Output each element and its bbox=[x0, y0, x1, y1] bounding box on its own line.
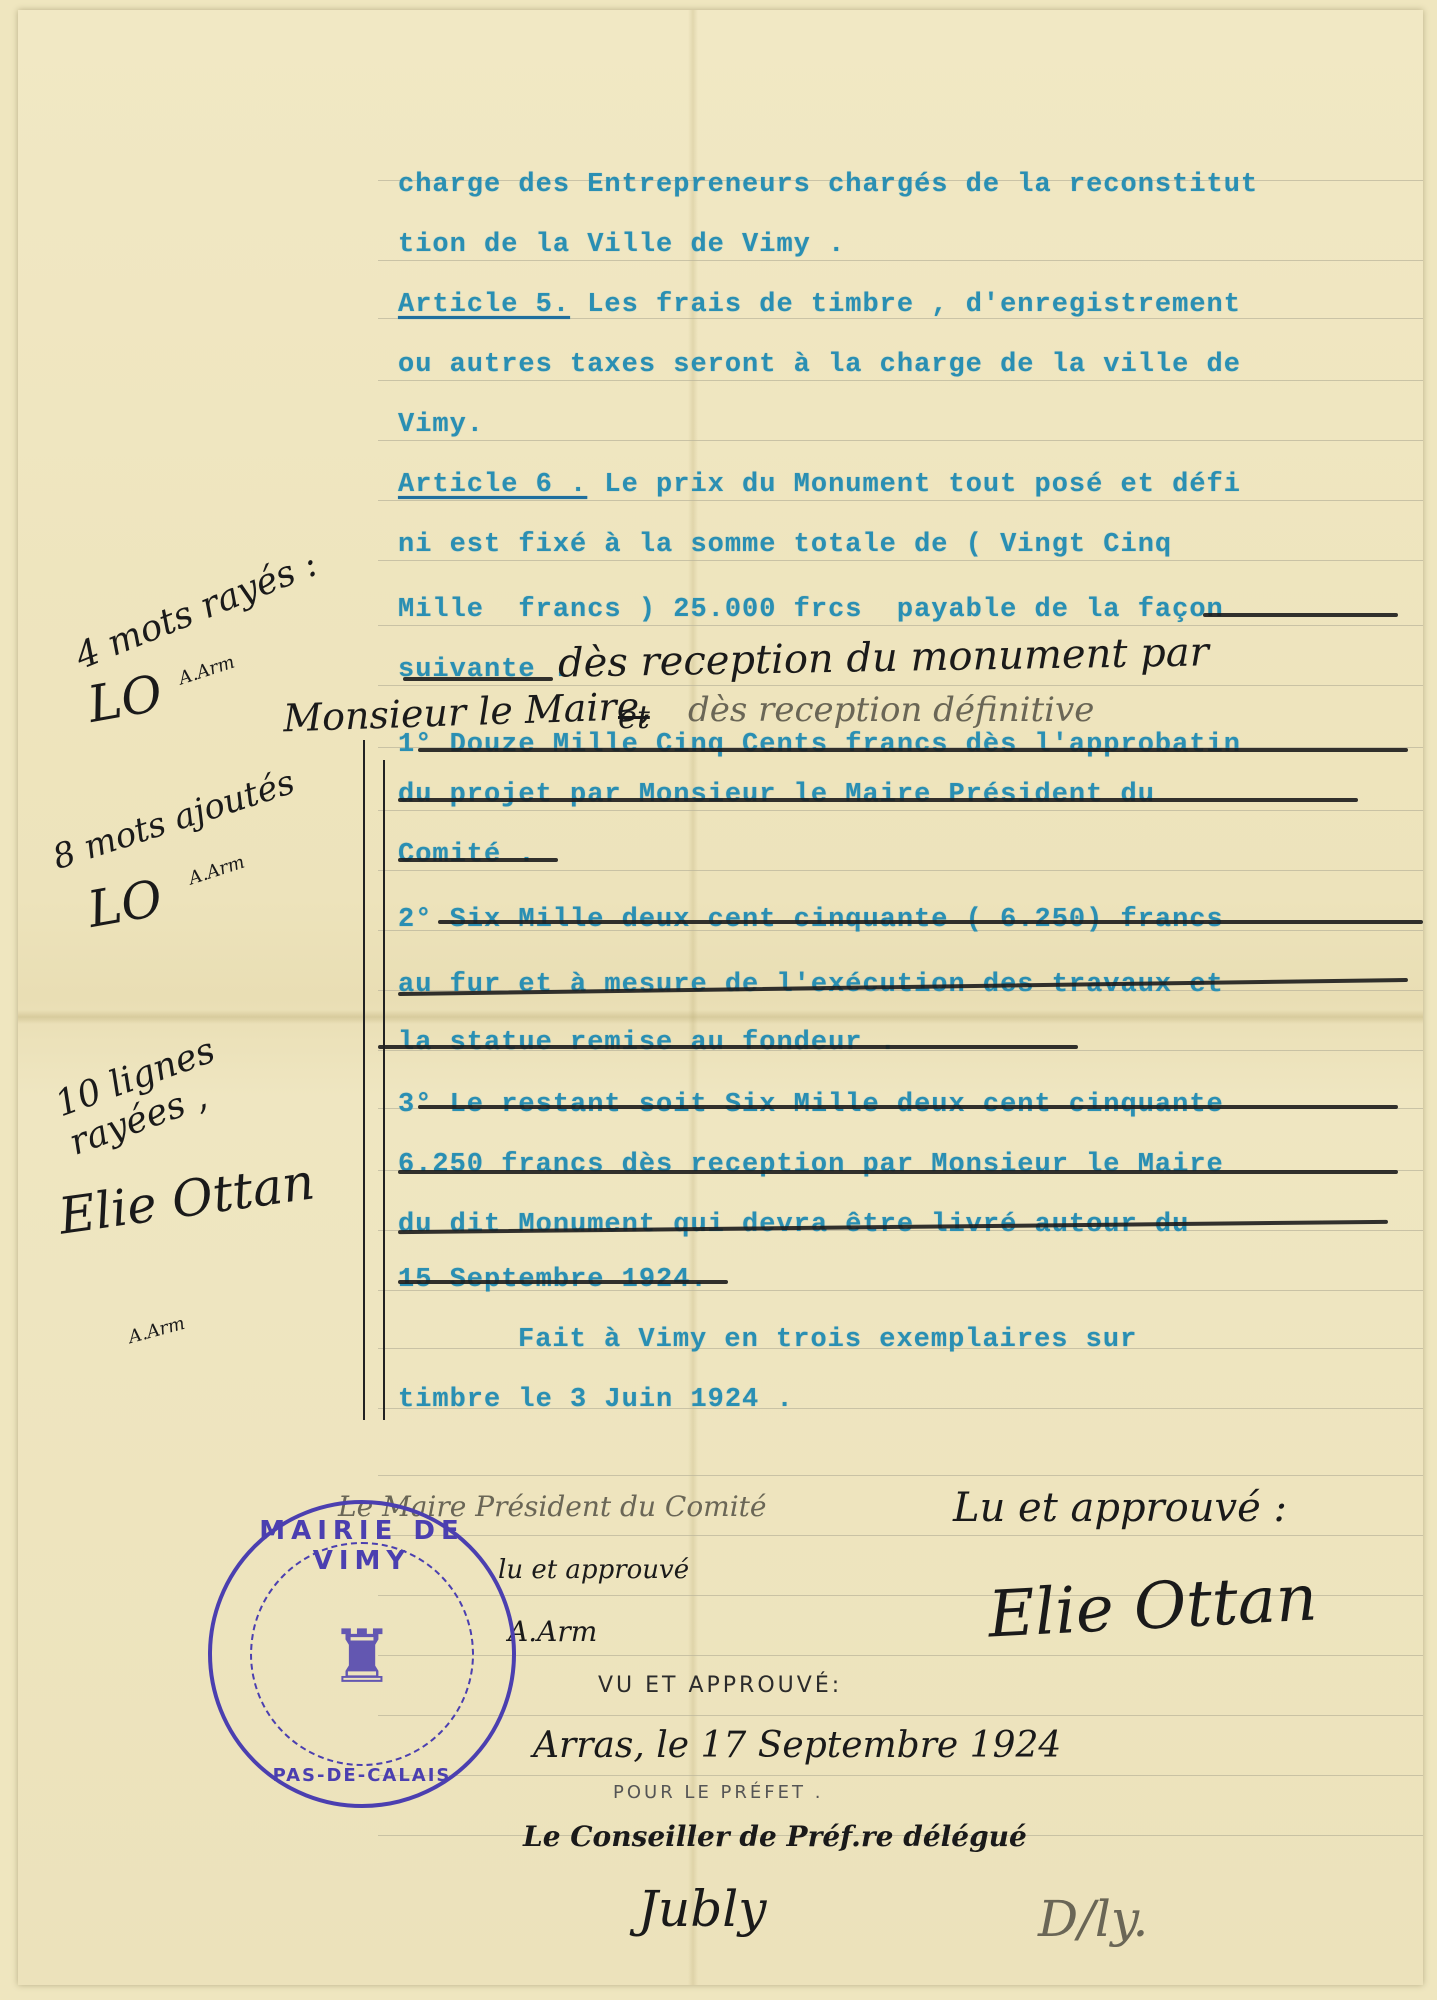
for-prefect: POUR LE PRÉFET . bbox=[613, 1782, 823, 1803]
typed-line-struck: du projet par Monsieur le Maire Présiden… bbox=[398, 780, 1155, 810]
handwritten-insertion: dès reception du monument par bbox=[558, 629, 1209, 686]
margin-bracket bbox=[383, 760, 385, 1420]
mayor-approval: lu et approuvé bbox=[498, 1555, 689, 1585]
typed-line: charge des Entrepreneurs chargés de la r… bbox=[398, 170, 1258, 200]
handwritten-struck-word: et bbox=[618, 698, 650, 736]
stamp-text: MAIRIE DE VIMY bbox=[212, 1516, 512, 1576]
typed-line: ni est fixé à la somme totale de ( Vingt… bbox=[398, 530, 1172, 560]
pencil-initials: D/ly. bbox=[1038, 1890, 1148, 1948]
typed-line: timbre le 3 Juin 1924 . bbox=[398, 1385, 794, 1415]
ruled-line bbox=[378, 625, 1423, 626]
typed-line: tion de la Ville de Vimy . bbox=[398, 230, 845, 260]
strike-through bbox=[398, 1280, 728, 1284]
ruled-line bbox=[378, 1535, 1423, 1536]
ruled-line bbox=[378, 260, 1423, 261]
mayor-signature: A.Arm bbox=[508, 1615, 597, 1648]
typed-line-struck: 6.250 francs dès reception par Monsieur … bbox=[398, 1150, 1224, 1180]
approval-heading: VU ET APPROUVÉ: bbox=[598, 1673, 842, 1698]
ruled-line bbox=[378, 1655, 1423, 1656]
strike-through bbox=[378, 1045, 1078, 1049]
ruled-line bbox=[378, 870, 1423, 871]
typed-line: ou autres taxes seront à la charge de la… bbox=[398, 350, 1241, 380]
margin-paraph: A.Arm bbox=[126, 1313, 187, 1348]
strike-through bbox=[398, 858, 558, 862]
place-date: Arras, le 17 Septembre 1924 bbox=[533, 1725, 1061, 1766]
ruled-line bbox=[378, 560, 1423, 561]
ruled-line bbox=[378, 380, 1423, 381]
ruled-line bbox=[378, 500, 1423, 501]
pencil-insertion: dès reception définitive bbox=[688, 690, 1094, 730]
margin-note-words-struck: 4 mots rayés : bbox=[70, 543, 324, 677]
delegate-title: Le Conseiller de Préf.re délégué bbox=[523, 1820, 1027, 1853]
typed-line: Article 5. Les frais de timbre , d'enreg… bbox=[398, 290, 1241, 320]
contractor-signature: Elie Ottan bbox=[986, 1561, 1319, 1652]
typed-line: Fait à Vimy en trois exemplaires sur bbox=[518, 1325, 1137, 1355]
ruled-line bbox=[378, 1475, 1423, 1476]
typed-line-struck: la statue remise au fondeur . bbox=[398, 1028, 897, 1058]
coat-of-arms-icon: ♜ bbox=[307, 1589, 417, 1729]
typed-line-struck: 1° Douze Mille Cinq Cents francs dès l'a… bbox=[398, 730, 1241, 760]
ruled-line bbox=[378, 810, 1423, 811]
ruled-line bbox=[378, 685, 1423, 686]
document-page: charge des Entrepreneurs chargés de la r… bbox=[18, 10, 1423, 1985]
strike-through bbox=[403, 677, 553, 681]
strike-through bbox=[438, 920, 1423, 924]
typed-line: Article 6 . Le prix du Monument tout pos… bbox=[398, 470, 1241, 500]
margin-initials: LO bbox=[84, 664, 167, 734]
strike-through bbox=[398, 1170, 1398, 1174]
mairie-stamp: MAIRIE DE VIMY ♜ PAS-DE-CALAIS bbox=[208, 1500, 516, 1808]
typed-line: Vimy. bbox=[398, 410, 484, 440]
article-6-label: Article 6 . bbox=[398, 470, 587, 500]
ruled-line bbox=[378, 1775, 1423, 1776]
strike-through bbox=[418, 1105, 1398, 1109]
contractor-approval: Lu et approuvé : bbox=[953, 1485, 1287, 1531]
article-5-label: Article 5. bbox=[398, 290, 570, 320]
margin-note-words-added: 8 mots ajoutés bbox=[48, 762, 300, 878]
margin-bracket bbox=[363, 740, 365, 1420]
margin-paraph: A.Arm bbox=[176, 652, 237, 690]
margin-paraph: A.Arm bbox=[186, 852, 247, 890]
margin-note-lines-struck: 10 lignes rayées , bbox=[50, 1018, 266, 1163]
margin-initials: LO bbox=[84, 869, 167, 939]
ruled-line bbox=[378, 1715, 1423, 1716]
ruled-line bbox=[378, 440, 1423, 441]
typed-line: Mille francs ) 25.000 frcs payable de la… bbox=[398, 595, 1224, 625]
strike-through bbox=[418, 748, 1408, 752]
stamp-text: PAS-DE-CALAIS bbox=[212, 1765, 512, 1786]
strike-through bbox=[398, 798, 1358, 802]
strike-through bbox=[1203, 613, 1398, 617]
margin-signature: Elie Ottan bbox=[55, 1152, 318, 1245]
delegate-signature: Jubly bbox=[638, 1880, 767, 1938]
typed-line-struck: Comité . bbox=[398, 840, 536, 870]
